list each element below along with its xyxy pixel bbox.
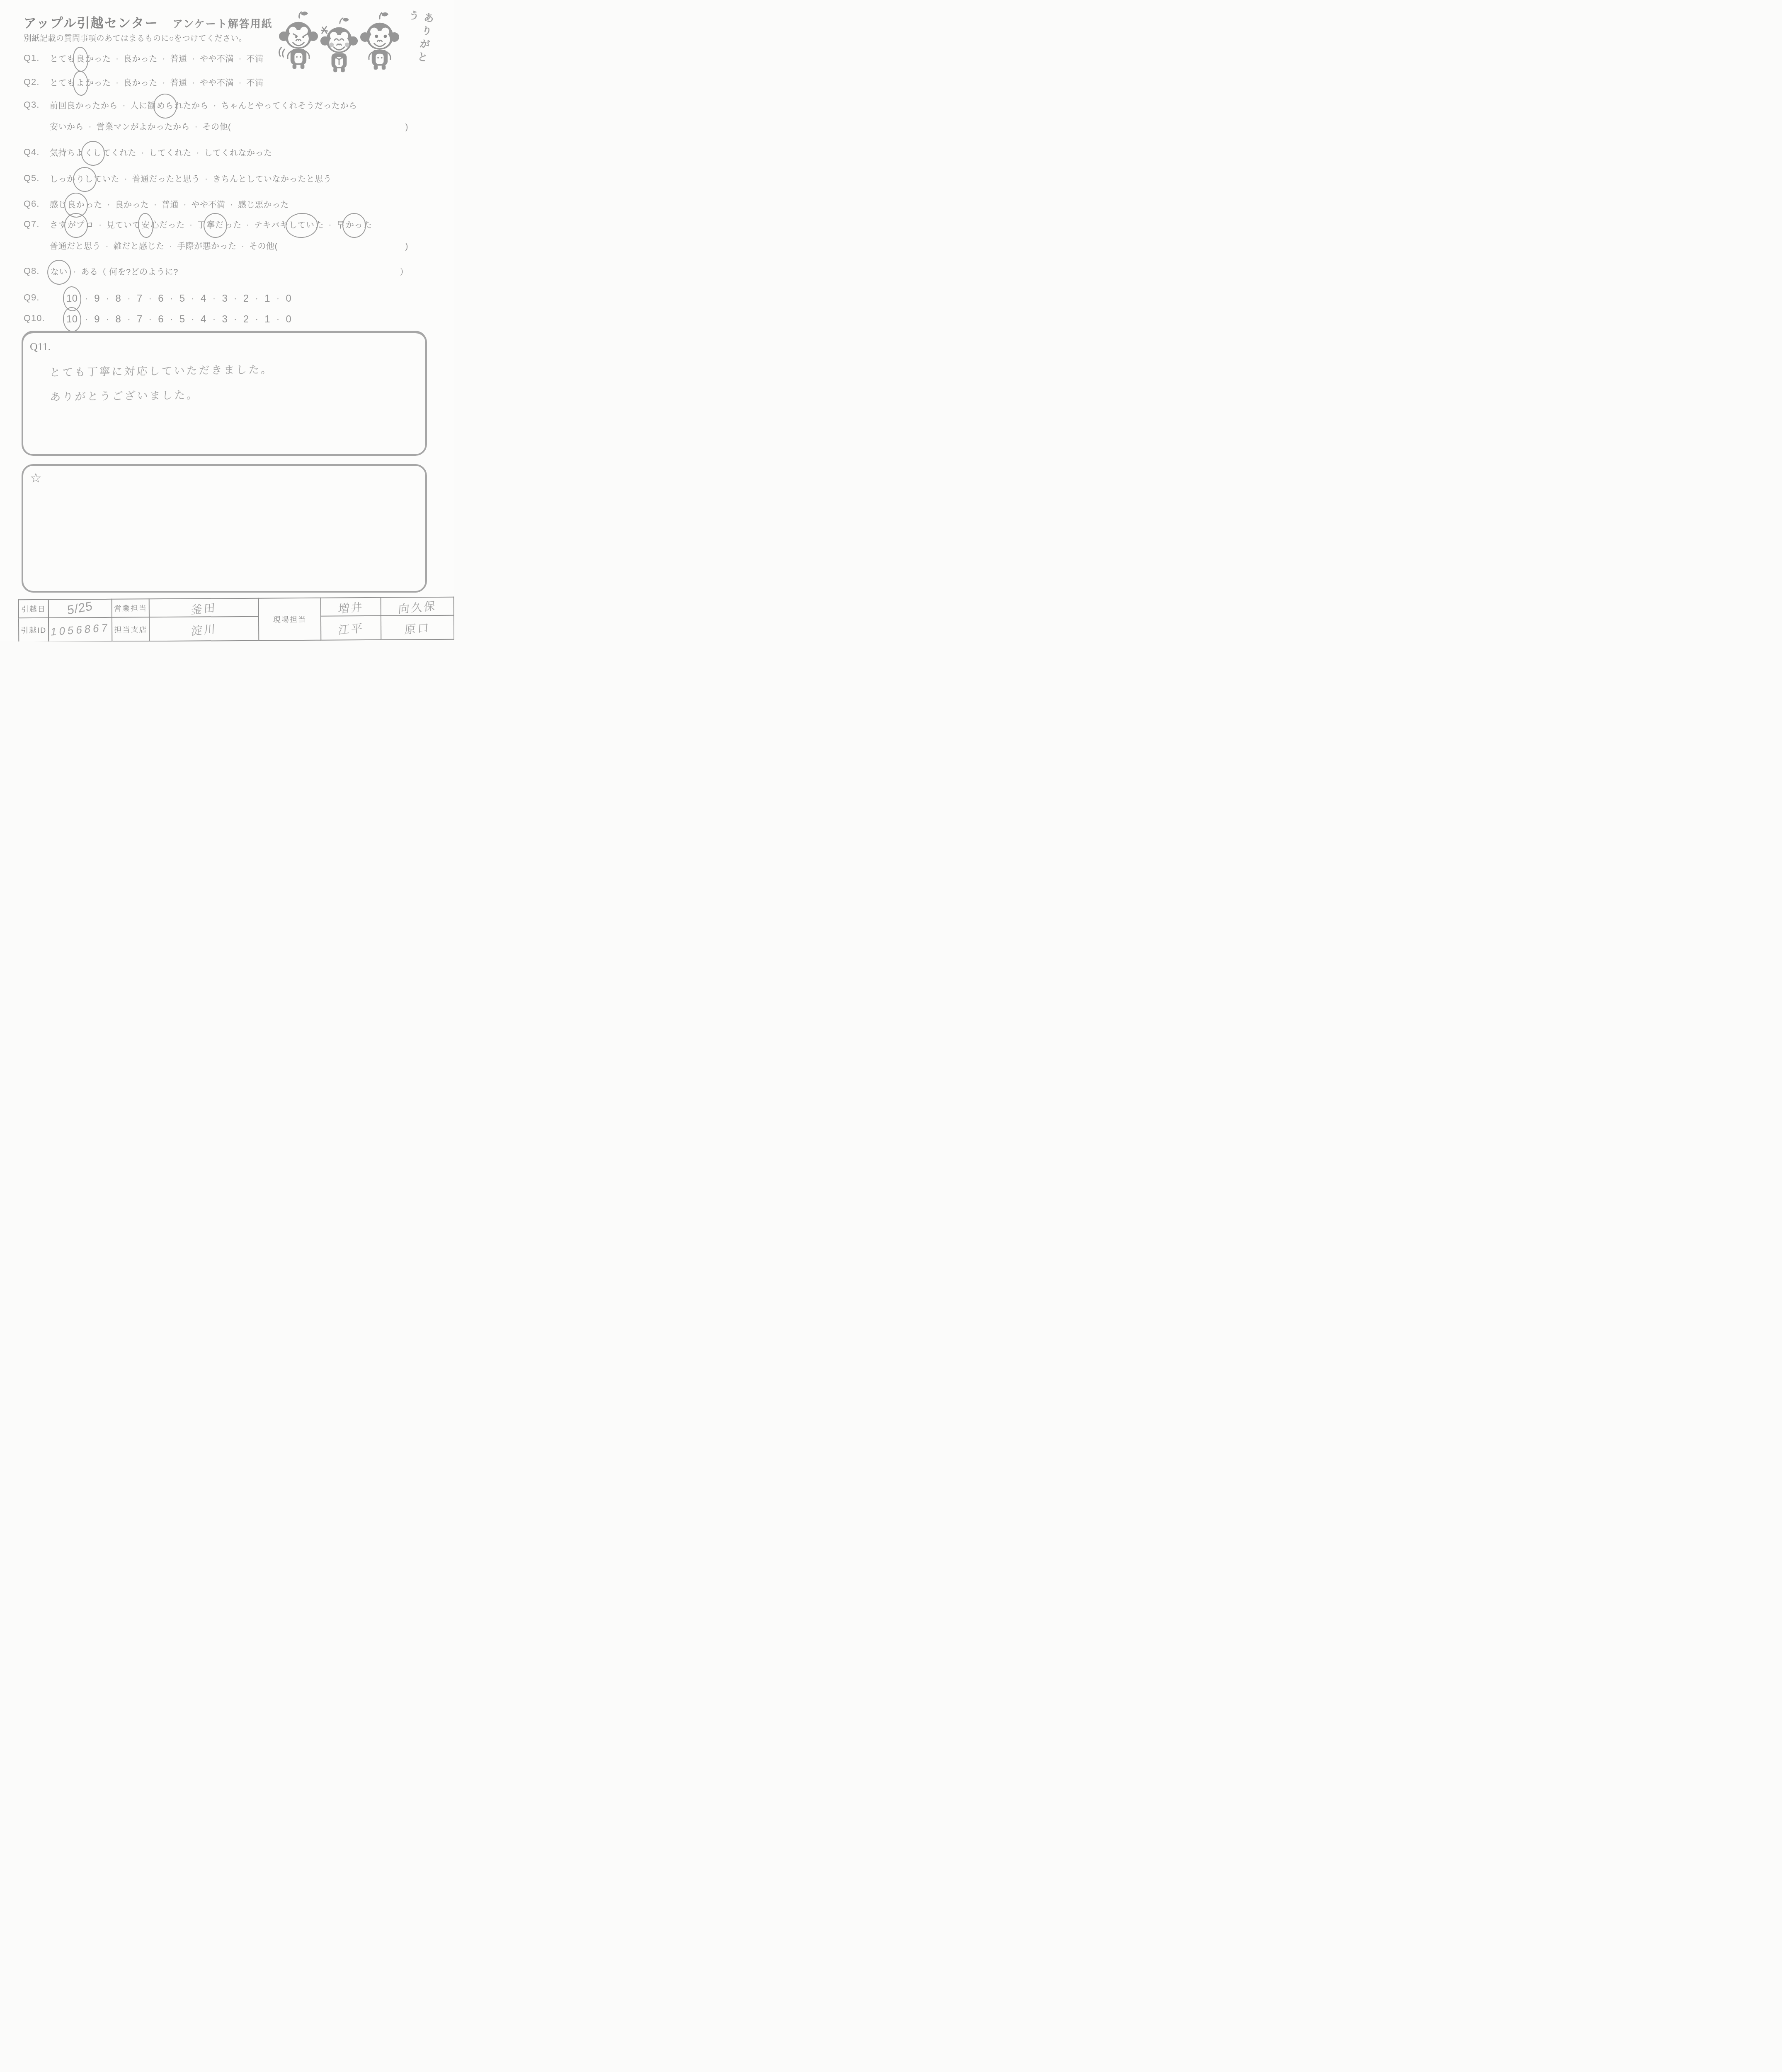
option-text: 不満 — [247, 76, 264, 90]
option-text: てくれた — [102, 146, 136, 160]
option-text: 4 — [201, 312, 206, 327]
option-line: 10・9・8・7・6・5・4・3・2・1・0 — [50, 292, 408, 307]
handwritten-line: ありがとうございました。 — [49, 382, 274, 409]
option-separator: ・ — [114, 76, 121, 90]
q11-comment-box: Q11. とても丁寧に対応していただきました。 ありがとうございました。 — [22, 331, 427, 456]
option-text: 普通 — [162, 198, 179, 212]
option-text: 見ていて — [107, 218, 141, 232]
option-text: かった — [85, 76, 111, 90]
option-line: 普通だと思う・雑だと感じた・手際が悪かった・その他() — [50, 240, 408, 254]
option-text: れたから — [175, 99, 209, 113]
option-text: その他( — [203, 120, 231, 134]
option-text: 営業マンがよかったから — [97, 120, 190, 134]
circled-answer: 安 — [141, 218, 151, 232]
option-separator: ・ — [190, 313, 196, 327]
option-separator: ・ — [237, 76, 243, 90]
option-text: やや不満 — [200, 76, 234, 90]
question-row-3: Q3.前回良かったから・人に勧められたから・ちゃんとやってくれそうだったから安い… — [24, 99, 408, 135]
option-text: ロ — [85, 218, 94, 232]
option-separator: ・ — [126, 292, 132, 306]
move-date-label: 引越日 — [19, 600, 48, 618]
option-separator: ・ — [153, 198, 159, 212]
circled-answer: 良 — [75, 52, 86, 66]
option-separator: ・ — [182, 198, 188, 212]
option-text: 早 — [337, 218, 345, 232]
option-separator: ・ — [121, 99, 127, 113]
option-text: た — [315, 218, 324, 232]
option-separator: ・ — [254, 313, 260, 327]
question-label: Q10. — [24, 313, 45, 324]
move-id-label: 引越ID — [19, 618, 48, 641]
option-separator: ・ — [114, 52, 121, 66]
company-title: アップル引越センター — [24, 16, 158, 30]
option-separator: ・ — [211, 292, 217, 306]
option-separator: ・ — [195, 146, 201, 160]
question-label: Q3. — [24, 99, 39, 110]
option-text: ある（ 何を?どのように? — [81, 265, 178, 279]
option-separator: ・ — [140, 146, 146, 160]
circled-answer: してい — [288, 218, 315, 232]
circled-answer: よ — [75, 76, 86, 90]
option-line: 気持ちよくしてくれた・してくれた・してくれなかった — [50, 146, 408, 161]
circled-answer: めら — [156, 99, 175, 113]
option-separator: ・ — [188, 218, 194, 232]
option-separator: ・ — [104, 239, 110, 253]
instruction-text: 別紙記載の質問事項のあてはまるものに○をつけてください。 — [24, 32, 247, 44]
option-separator: ・ — [275, 313, 281, 327]
option-text: 心だった — [151, 218, 185, 232]
option-text: 6 — [158, 292, 164, 306]
option-text: とても — [50, 52, 75, 66]
option-text: ） — [400, 265, 409, 279]
option-text: 普通 — [170, 76, 187, 90]
option-separator: ・ — [161, 76, 167, 90]
option-separator: ・ — [211, 313, 217, 327]
option-text: 手際が悪かった — [177, 240, 237, 254]
option-separator: ・ — [327, 218, 333, 232]
option-text: 良かった — [124, 52, 158, 66]
option-line: ない・ある（ 何を?どのように?） — [50, 265, 408, 280]
option-text: 人に勧 — [131, 99, 156, 113]
question-row-2: Q2.とてもよかった・良かった・普通・やや不満・不満 — [24, 76, 408, 91]
option-text: 9 — [94, 312, 100, 327]
footer-table: 引越日 5/25 営業担当 釜田 現場担当 増井 向久保 引越ID 105686… — [18, 597, 454, 641]
option-separator: ・ — [123, 172, 129, 186]
option-text: やや不満 — [200, 52, 234, 66]
sales-rep-value: 釜田 — [149, 598, 259, 617]
option-separator: ・ — [106, 198, 112, 212]
option-separator: ・ — [161, 52, 167, 66]
question-row-9: Q9.10・9・8・7・6・5・4・3・2・1・0 — [24, 292, 408, 307]
star-comment-box: ☆ — [22, 464, 427, 593]
option-text: 1 — [264, 312, 270, 327]
option-text: ていた — [94, 172, 120, 186]
circled-answer: がプ — [67, 218, 85, 232]
site-crew-name: 増井 — [321, 598, 381, 616]
option-text: その他( — [249, 240, 278, 254]
option-separator: ・ — [105, 313, 111, 327]
option-text: 前回良かったから — [50, 99, 118, 113]
option-text: やや不満 — [192, 198, 225, 212]
site-crew-name: 江平 — [321, 616, 381, 640]
option-separator: ・ — [233, 313, 238, 327]
option-line: 10・9・8・7・6・5・4・3・2・1・0 — [50, 312, 408, 328]
circled-answer: くし — [84, 146, 102, 160]
option-text: 普通 — [170, 52, 187, 66]
branch-label: 担当支店 — [112, 617, 149, 641]
circled-answer: 良か — [67, 198, 85, 212]
option-text: 7 — [137, 312, 143, 327]
option-separator: ・ — [148, 313, 153, 327]
option-separator: ・ — [212, 99, 218, 113]
option-text: してくれた — [149, 146, 192, 160]
option-text: た — [364, 218, 372, 232]
question-row-6: Q6.感じ良かった・良かった・普通・やや不満・感じ悪かった — [24, 198, 408, 213]
move-id-value: 1056867 — [48, 617, 112, 641]
option-separator: ・ — [84, 313, 90, 327]
option-line: 前回良かったから・人に勧められたから・ちゃんとやってくれそうだったから — [50, 99, 408, 114]
question-label: Q7. — [24, 219, 39, 230]
option-text: ) — [405, 240, 408, 254]
option-text: テキパキ — [254, 218, 288, 232]
option-separator: ・ — [190, 292, 196, 306]
question-row-7: Q7.さすがプロ・見ていて安心だった・丁寧だった・テキパキしていた・早かった普通… — [24, 218, 408, 254]
circled-answer: 寧だ — [206, 218, 225, 232]
site-crew-name: 向久保 — [381, 597, 454, 616]
question-label: Q4. — [24, 147, 39, 157]
option-line: 感じ良かった・良かった・普通・やや不満・感じ悪かった — [50, 198, 408, 213]
question-row-5: Q5.しっかりしていた・普通だったと思う・きちんとしていなかったと思う — [24, 172, 408, 187]
question-row-4: Q4.気持ちよくしてくれた・してくれた・してくれなかった — [24, 146, 408, 161]
circled-answer: かっ — [345, 218, 364, 232]
option-text: 0 — [286, 312, 292, 327]
circled-answer: 10 — [65, 292, 79, 306]
option-separator: ・ — [191, 76, 197, 90]
option-separator: ・ — [72, 265, 78, 279]
option-separator: ・ — [237, 52, 243, 66]
question-row-8: Q8.ない・ある（ 何を?どのように?） — [24, 265, 408, 280]
option-line: 安いから・営業マンがよかったから・その他() — [50, 120, 408, 135]
circled-answer: 10 — [65, 312, 79, 327]
option-text: ) — [405, 120, 408, 134]
question-row-10: Q10.10・9・8・7・6・5・4・3・2・1・0 — [24, 312, 408, 328]
option-separator: ・ — [254, 292, 260, 306]
option-text: 5 — [179, 292, 185, 306]
option-text: った — [225, 218, 242, 232]
option-text: 感じ — [50, 198, 67, 212]
option-text: 8 — [116, 312, 121, 327]
option-text: 2 — [243, 292, 249, 306]
question-label: Q2. — [24, 77, 39, 87]
option-text: 4 — [201, 292, 206, 306]
option-separator: ・ — [275, 292, 281, 306]
header: アップル引越センターアンケート解答用紙 — [24, 12, 273, 31]
option-line: とてもよかった・良かった・普通・やや不満・不満 — [50, 76, 408, 91]
option-text: かった — [85, 52, 111, 66]
option-text: 良かった — [124, 76, 158, 90]
option-separator: ・ — [169, 292, 175, 306]
option-text: さす — [50, 218, 67, 232]
option-text: 普通だと思う — [50, 240, 101, 254]
option-text: 気持ちよ — [50, 146, 84, 160]
option-separator: ・ — [204, 172, 210, 186]
q11-label: Q11. — [30, 341, 51, 353]
move-date-value: 5/25 — [48, 599, 112, 618]
option-text: った — [85, 198, 102, 212]
option-text: 雑だと感じた — [114, 240, 165, 254]
star-icon: ☆ — [30, 470, 42, 486]
question-label: Q5. — [24, 173, 39, 184]
question-row-1: Q1.とても良かった・良かった・普通・やや不満・不満 — [24, 52, 408, 67]
option-text: 9 — [94, 292, 100, 306]
option-text: 2 — [243, 312, 249, 327]
option-text: ちゃんとやってくれそうだったから — [221, 99, 357, 113]
branch-value: 淀川 — [149, 617, 259, 641]
option-separator: ・ — [169, 313, 175, 327]
option-text: 普通だったと思う — [132, 172, 200, 186]
option-text: とても — [50, 76, 75, 90]
form-name: アンケート解答用紙 — [172, 18, 273, 30]
option-text: 不満 — [247, 52, 264, 66]
option-separator: ・ — [97, 218, 104, 232]
circled-answer: りし — [75, 172, 94, 186]
question-label: Q1. — [24, 53, 39, 63]
handwritten-line: とても丁寧に対応していただきました。 — [49, 357, 274, 385]
option-text: きちんとしていなかったと思う — [213, 172, 332, 186]
option-separator: ・ — [148, 292, 153, 306]
option-separator: ・ — [84, 292, 90, 306]
sales-rep-label: 営業担当 — [112, 599, 149, 617]
question-label: Q8. — [24, 266, 39, 276]
option-text: 7 — [137, 292, 143, 306]
option-text: 8 — [116, 292, 121, 306]
option-separator: ・ — [193, 120, 199, 134]
option-text: 3 — [222, 312, 228, 327]
option-separator: ・ — [126, 313, 132, 327]
site-crew-name: 原口 — [381, 615, 454, 640]
question-label: Q6. — [24, 198, 39, 209]
option-line: しっかりしていた・普通だったと思う・きちんとしていなかったと思う — [50, 172, 408, 187]
option-text: 1 — [264, 292, 270, 306]
option-text: 良かった — [115, 198, 149, 212]
option-text: しっか — [50, 172, 75, 186]
option-text: 5 — [179, 312, 185, 327]
option-separator: ・ — [105, 292, 111, 306]
option-separator: ・ — [240, 239, 246, 253]
option-text: 丁 — [197, 218, 206, 232]
option-separator: ・ — [233, 292, 238, 306]
option-text: 0 — [286, 292, 292, 306]
option-text: してくれなかった — [204, 146, 272, 160]
option-separator: ・ — [229, 198, 235, 212]
option-separator: ・ — [87, 120, 93, 134]
option-separator: ・ — [191, 52, 197, 66]
q11-handwritten-answer: とても丁寧に対応していただきました。 ありがとうございました。 — [49, 357, 274, 409]
option-text: 3 — [222, 292, 228, 306]
option-text: 感じ悪かった — [238, 198, 289, 212]
option-separator: ・ — [245, 218, 251, 232]
site-crew-label: 現場担当 — [258, 598, 321, 641]
option-separator: ・ — [168, 239, 174, 253]
questionnaire-page: アップル引越センターアンケート解答用紙 別紙記載の質問事項のあてはまるものに○を… — [0, 0, 454, 641]
option-text: 安いから — [50, 120, 84, 134]
option-line: とても良かった・良かった・普通・やや不満・不満 — [50, 52, 408, 67]
question-label: Q9. — [24, 292, 39, 303]
option-text: 6 — [158, 312, 164, 327]
option-line: さすがプロ・見ていて安心だった・丁寧だった・テキパキしていた・早かった — [50, 218, 408, 233]
circled-answer: ない — [50, 265, 68, 279]
